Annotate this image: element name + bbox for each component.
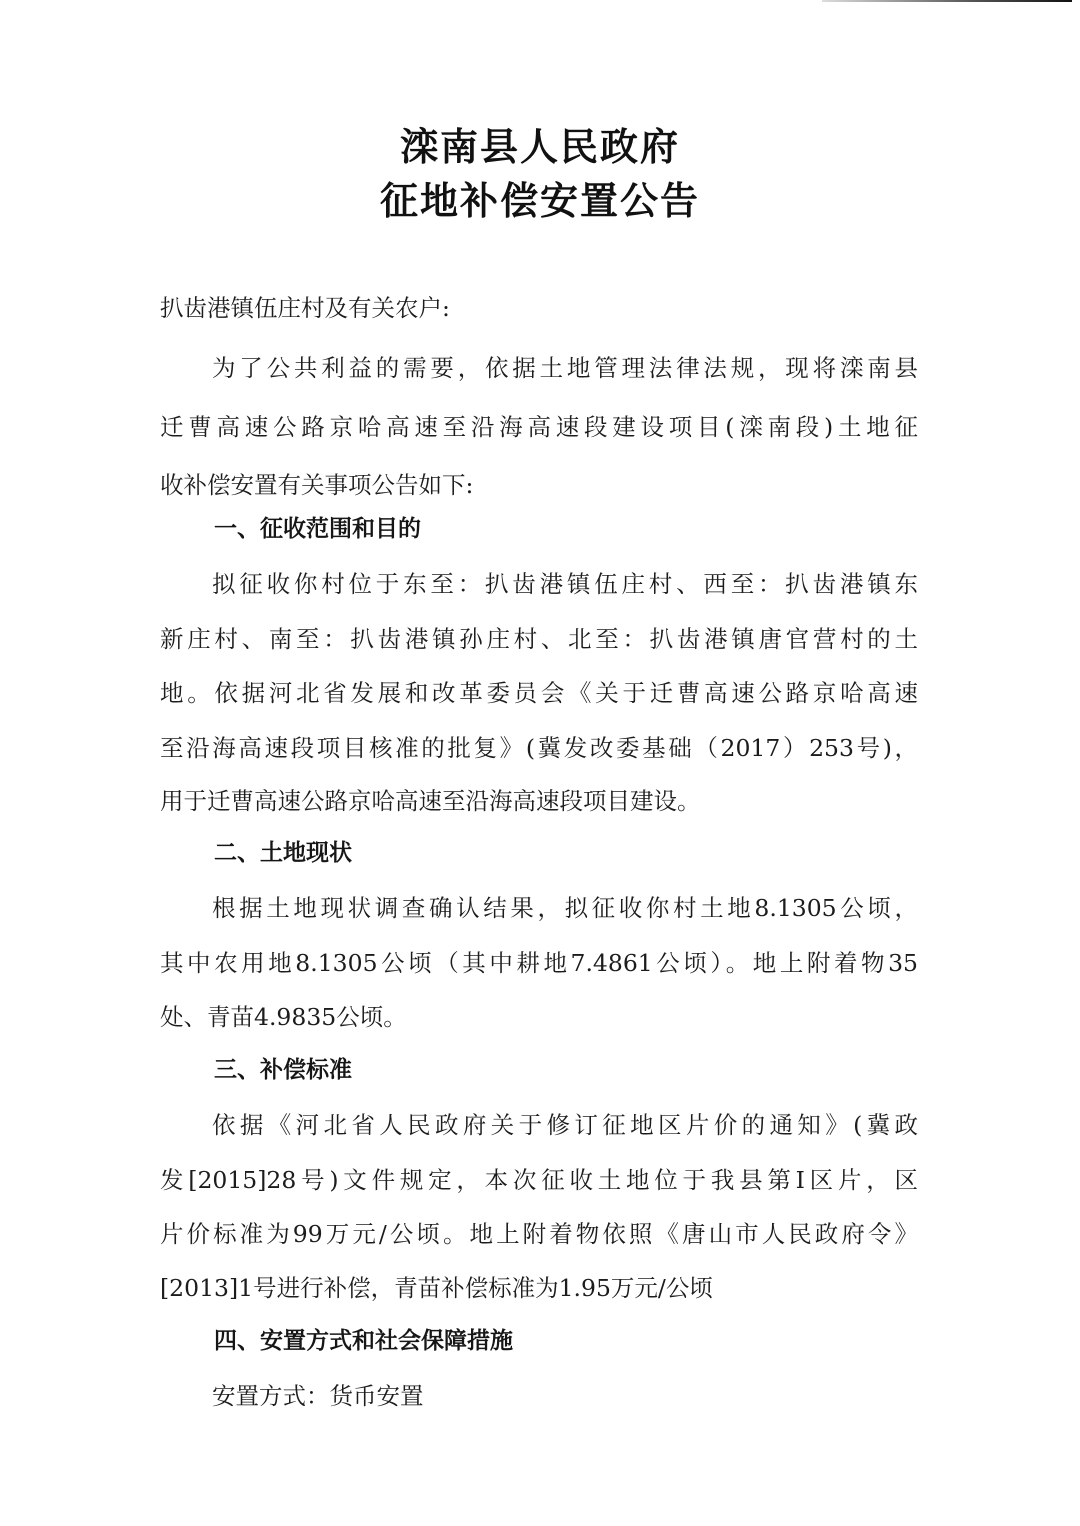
section-line: 用于迁曹高速公路京哈高速至沿海高速段项目建设。 bbox=[160, 782, 701, 816]
section-line: 拟征收你村位于东至：扒齿港镇伍庄村、西至：扒齿港镇东 bbox=[212, 565, 918, 599]
section-heading-compensation: 三、补偿标准 bbox=[214, 1051, 352, 1084]
section-line: 依据《河北省人民政府关于修订征地区片价的通知》(冀政 bbox=[212, 1106, 918, 1140]
section-line: 至沿海高速段项目核准的批复》(冀发改委基础（2017）253号)， bbox=[160, 729, 918, 763]
section-line: 安置方式：货币安置 bbox=[212, 1377, 424, 1411]
section-line: 新庄村、南至：扒齿港镇孙庄村、北至：扒齿港镇唐官营村的土 bbox=[160, 620, 918, 654]
intro-line: 收补偿安置有关事项公告如下: bbox=[160, 466, 473, 500]
section-heading-land-status: 二、土地现状 bbox=[214, 834, 352, 867]
section-line: 根据土地现状调查确认结果，拟征收你村土地8.1305公顷， bbox=[212, 889, 918, 923]
intro-line: 为了公共利益的需要，依据土地管理法律法规，现将滦南县 bbox=[212, 349, 918, 383]
scan-edge-line bbox=[822, 0, 1072, 2]
addressee: 扒齿港镇伍庄村及有关农户: bbox=[160, 289, 450, 323]
section-line: [2013]1号进行补偿，青苗补偿标准为1.95万元/公顷 bbox=[160, 1269, 713, 1303]
section-line: 片价标准为99万元/公顷。地上附着物依照《唐山市人民政府令》 bbox=[160, 1215, 918, 1249]
document-title-issuer: 滦南县人民政府 bbox=[0, 116, 1080, 171]
section-line: 发[2015]28号)文件规定，本次征收土地位于我县第Ⅰ区片，区 bbox=[160, 1161, 918, 1195]
section-line: 处、青苗4.9835公顷。 bbox=[160, 998, 407, 1032]
section-line: 其中农用地8.1305公顷（其中耕地7.4861公顷）。地上附着物35 bbox=[160, 944, 918, 978]
section-heading-resettlement: 四、安置方式和社会保障措施 bbox=[214, 1322, 513, 1355]
section-line: 地。依据河北省发展和改革委员会《关于迁曹高速公路京哈高速 bbox=[160, 674, 918, 708]
intro-line: 迁曹高速公路京哈高速至沿海高速段建设项目(滦南段)土地征 bbox=[160, 408, 918, 442]
document-title: 征地补偿安置公告 bbox=[0, 170, 1080, 225]
section-heading-scope: 一、征收范围和目的 bbox=[214, 510, 421, 543]
